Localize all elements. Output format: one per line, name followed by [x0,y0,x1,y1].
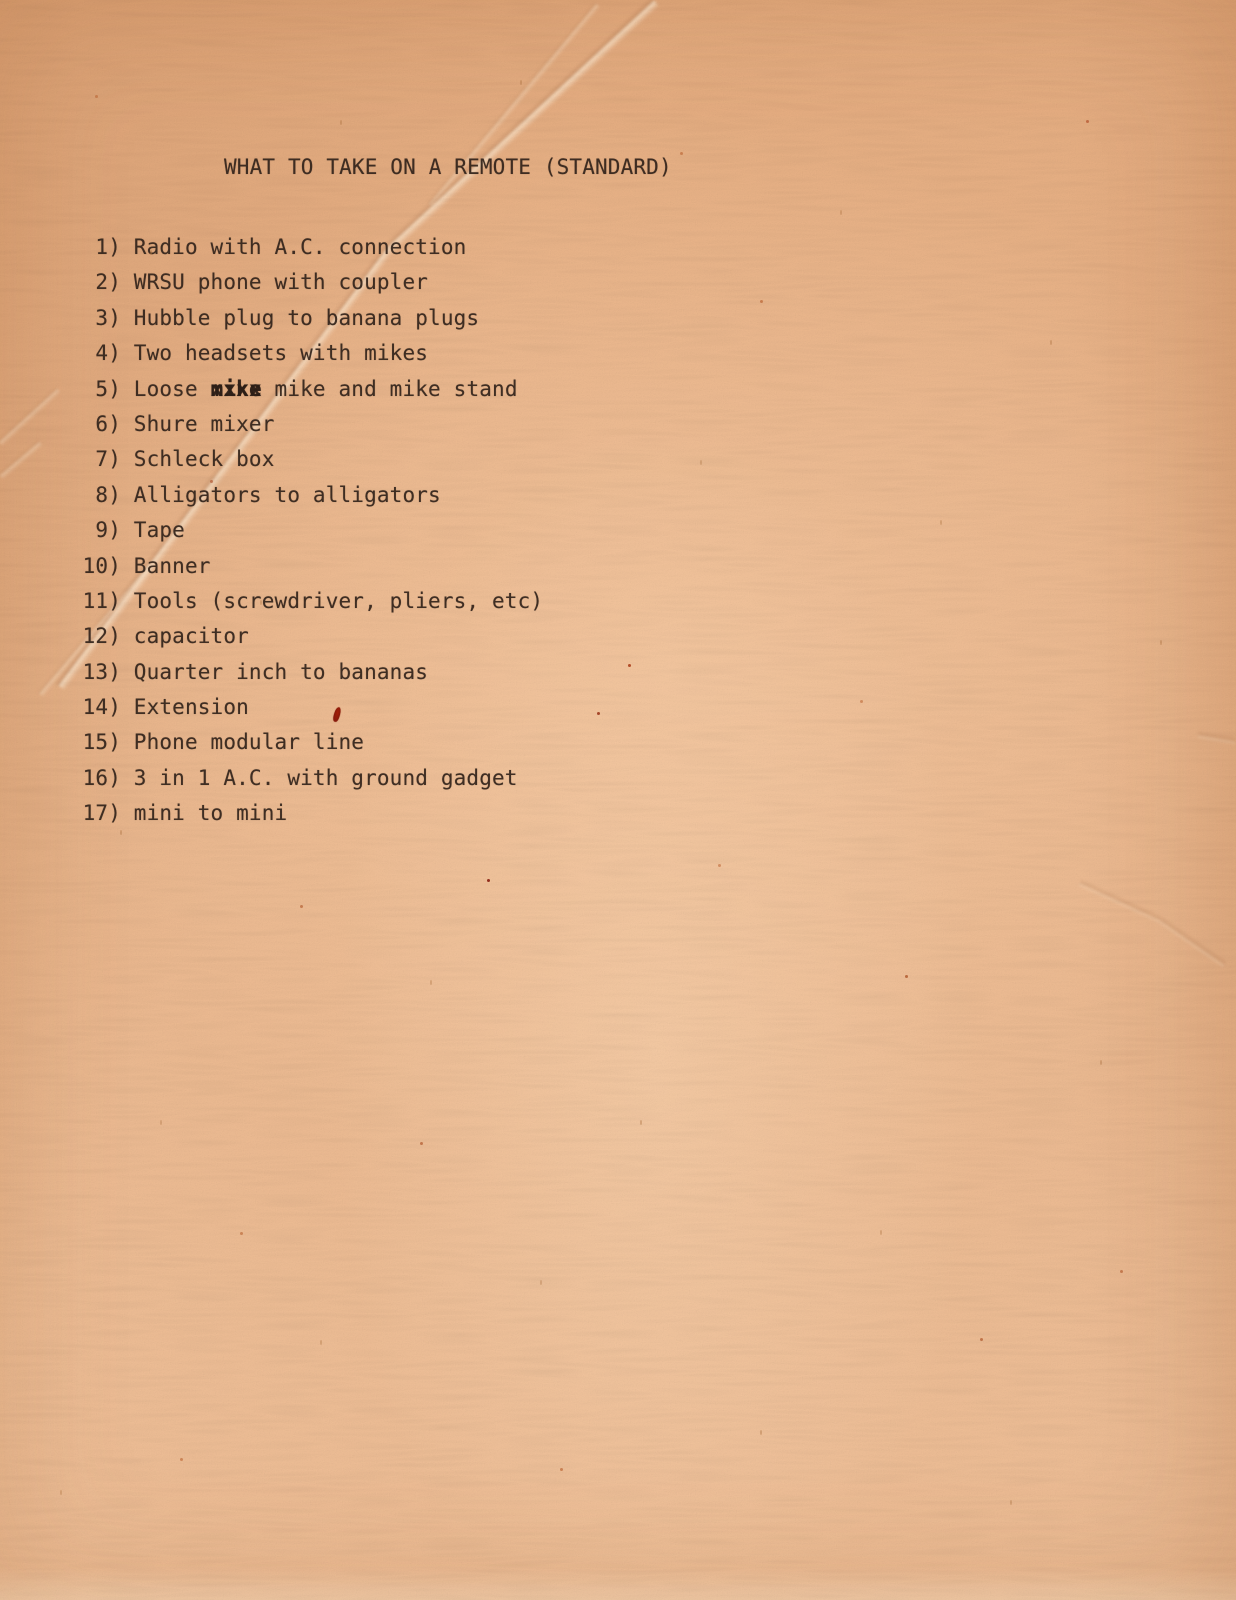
item-number: 12) [82,619,121,654]
item-text-pre: Loose [134,377,211,401]
list-item: 17)mini to mini [82,796,982,831]
list-item: 5) Loose mikexxxx mike and mike stand [82,372,982,407]
item-number: 16) [82,761,121,796]
list-item: 10)Banner [82,549,982,584]
overstruck-word: mikexxxx [211,372,262,407]
document-title: WHAT TO TAKE ON A REMOTE (STANDARD) [224,156,672,178]
item-text: Loose mikexxxx mike and mike stand [134,372,518,407]
overstrike-x-marks: xxxx [211,372,262,407]
item-text: Schleck box [134,442,275,477]
list-item: 2)WRSU phone with coupler [82,265,982,300]
item-number: 1) [82,230,121,265]
item-text: Banner [134,549,211,584]
item-text: capacitor [134,619,249,654]
item-number: 14) [82,690,121,725]
item-number: 6) [82,407,121,442]
item-text: WRSU phone with coupler [134,265,428,300]
list-item: 15)Phone modular line [82,725,982,760]
list-item: 9)Tape [82,513,982,548]
item-number: 3) [82,301,121,336]
item-text: Extension [134,690,249,725]
list-item: 12)capacitor [82,619,982,654]
list-item: 13)Quarter inch to bananas [82,655,982,690]
item-number: 15) [82,725,121,760]
item-text: Quarter inch to bananas [134,655,428,690]
list-item: 4)Two headsets with mikes [82,336,982,371]
item-text: 3 in 1 A.C. with ground gadget [134,761,518,796]
item-number: 10) [82,549,121,584]
item-number: 13) [82,655,121,690]
item-text: Tools (screwdriver, pliers, etc) [134,584,543,619]
list-item: 16)3 in 1 A.C. with ground gadget [82,761,982,796]
item-text: Phone modular line [134,725,364,760]
item-text: Shure mixer [134,407,275,442]
item-text-post: mike and mike stand [262,377,518,401]
list-item: 14)Extension [82,690,982,725]
item-text: Radio with A.C. connection [134,230,467,265]
list-item: 3)Hubble plug to banana plugs [82,301,982,336]
packing-list: 1)Radio with A.C. connection 2)WRSU phon… [82,230,982,832]
list-item: 11)Tools (screwdriver, pliers, etc) [82,584,982,619]
item-text: Hubble plug to banana plugs [134,301,479,336]
item-text: mini to mini [134,796,288,831]
item-number: 11) [82,584,121,619]
item-number: 9) [82,513,121,548]
item-number: 8) [82,478,121,513]
item-number: 2) [82,265,121,300]
list-item: 8)Alligators to alligators [82,478,982,513]
item-number: 4) [82,336,121,371]
item-number: 5) [82,372,121,407]
item-text: Tape [134,513,185,548]
tan-fiber-specks [0,0,2,5]
list-item: 7)Schleck box [82,442,982,477]
list-item: 1)Radio with A.C. connection [82,230,982,265]
item-text: Alligators to alligators [134,478,441,513]
item-number: 17) [82,796,121,831]
item-number: 7) [82,442,121,477]
item-text: Two headsets with mikes [134,336,428,371]
list-item: 6)Shure mixer [82,407,982,442]
